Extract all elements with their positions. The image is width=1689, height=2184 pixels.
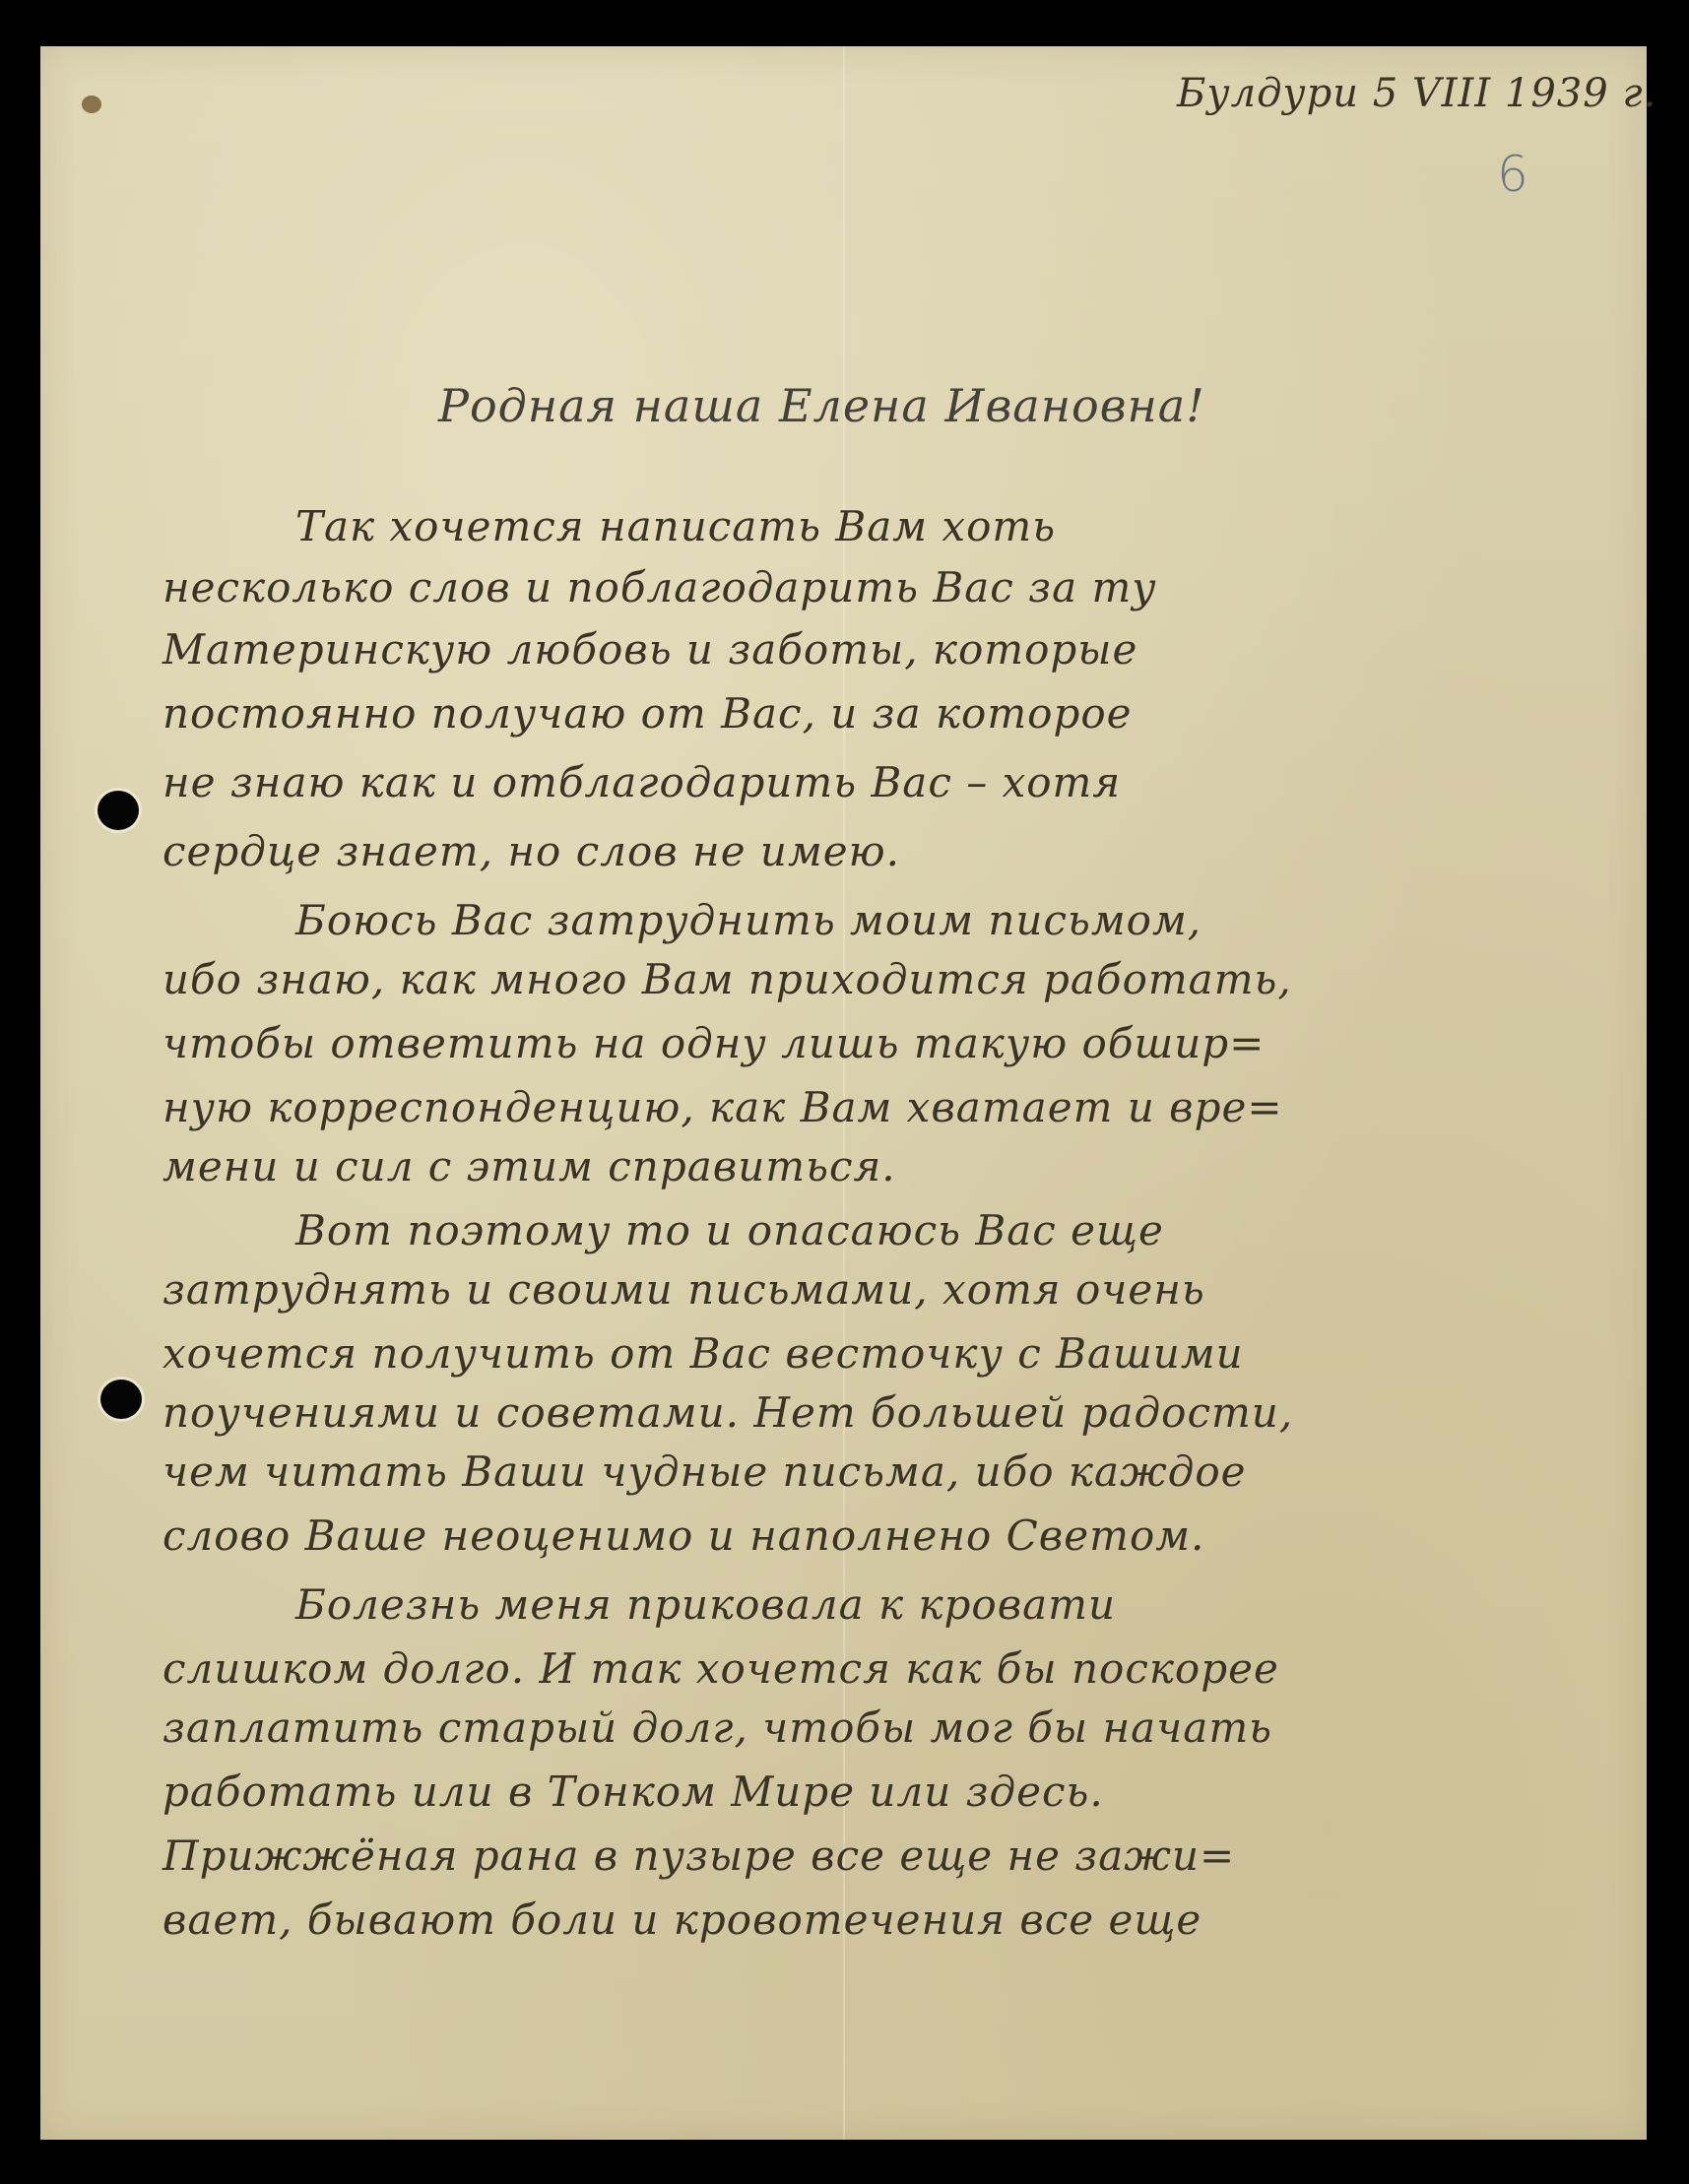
letter-line: затруднять и своими письмами, хотя очень (162, 1265, 1205, 1314)
letter-line: работать или в Тонком Мире или здесь. (162, 1767, 1104, 1816)
letter-line: сердце знает, но слов не имею. (162, 827, 900, 875)
letter-line: заплатить старый долг, чтобы мог бы нача… (162, 1703, 1272, 1752)
letter-line: не знаю как и отблагодарить Вас – хотя (162, 758, 1121, 806)
letter-line: Материнскую любовь и заботы, которые (162, 625, 1137, 674)
letter-line: Так хочется написать Вам хоть (295, 502, 1056, 550)
letter-line: чем читать Ваши чудные письма, ибо каждо… (162, 1447, 1247, 1496)
letter-line: чтобы ответить на одну лишь такую обшир= (162, 1019, 1265, 1067)
letter-line: вает, бывают боли и кровотечения все еще (162, 1895, 1202, 1944)
letter-line: Прижжёная рана в пузыре все еще не зажи= (162, 1831, 1235, 1880)
place-date: Булдури 5 VIII 1939 г. (1177, 71, 1657, 116)
page-number: 6 (1497, 146, 1529, 203)
letter-line: поучениями и советами. Нет большей радос… (162, 1388, 1293, 1437)
letter-line: Болезнь меня приковала к кровати (295, 1580, 1116, 1629)
letter-line: ную корреспонденцию, как Вам хватает и в… (162, 1083, 1283, 1131)
letter-line: хочется получить от Вас весточку с Вашим… (162, 1329, 1244, 1378)
ink-stain (82, 96, 101, 113)
letter-line: слишком долго. И так хочется как бы поск… (162, 1644, 1279, 1693)
letter-line: Вот поэтому то и опасаюсь Вас еще (295, 1206, 1164, 1254)
salutation: Родная наша Елена Ивановна! (438, 379, 1205, 432)
letter-line: слово Ваше неоценимо и наполнено Светом. (162, 1511, 1204, 1560)
letter-line: Боюсь Вас затруднить моим письмом, (295, 896, 1202, 944)
letter-line: постоянно получаю от Вас, и за которое (162, 689, 1132, 738)
punch-hole-lower (100, 1380, 142, 1419)
letter-line: мени и сил с этим справиться. (162, 1142, 896, 1190)
letter-line: ибо знаю, как много Вам приходится работ… (162, 955, 1292, 1003)
letter-line: несколько слов и поблагодарить Вас за ту (162, 563, 1157, 611)
punch-hole-upper (97, 791, 139, 830)
